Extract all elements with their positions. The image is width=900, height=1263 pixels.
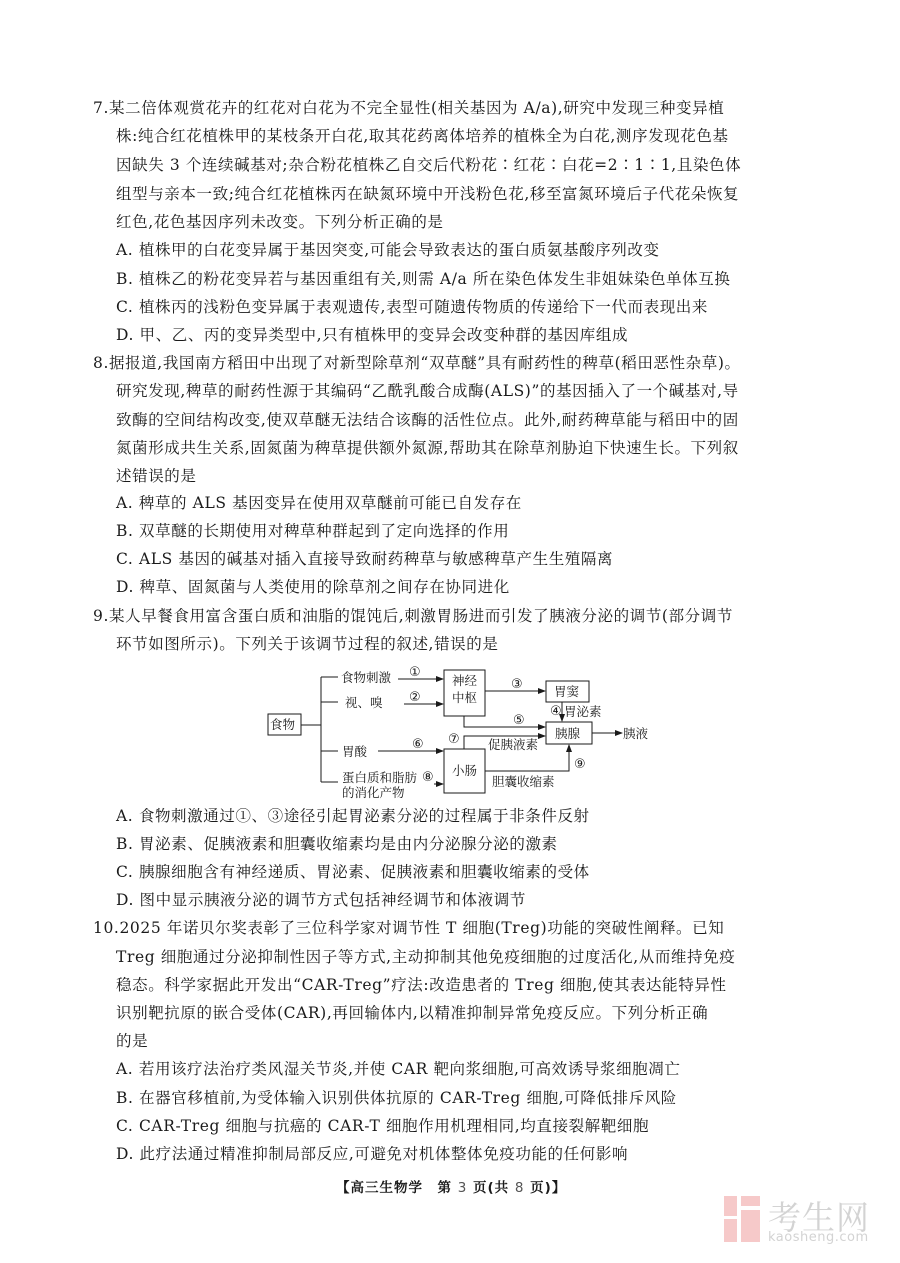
question-stem-line: Treg 细胞通过分泌抑制性因子等方式,主动抑制其他免疫细胞的过度活化,从而维持… [116,947,735,967]
option-b: B. 植株乙的粉花变异若与基因重组有关,则需 A/a 所在染色体发生非姐妹染色单… [116,269,730,289]
option-b: B. 在器官移植前,为受体输入识别供体抗原的 CAR-Treg 细胞,可降低排斥… [116,1088,677,1108]
node-nerve-center-line1: 神经 [452,673,477,688]
node-antrum: 胃窦 [554,684,579,699]
hormone-secretin: 促胰液素 [488,737,538,752]
question-number: 9. [93,607,109,625]
question-stem-line: 稳态。科学家据此开发出“CAR-Treg”疗法:改造患者的 Treg 细胞,使其… [116,975,727,995]
input-sight-smell: 视、嗅 [345,695,383,710]
watermark: 考生网 kaosheng.com [724,1196,894,1256]
question-stem-line: 2025 年诺贝尔奖表彰了三位科学家对调节性 T 细胞(Treg)功能的突破性阐… [119,919,724,937]
option-b: B. 双草醚的长期使用对稗草种群起到了定向选择的作用 [116,521,509,541]
question-stem-line: 因缺失 3 个连续碱基对;杂合粉花植株乙自交后代粉花∶红花∶白花=2∶1∶1,且… [116,155,741,175]
question-stem-line: 致酶的空间结构改变,使双草醚无法结合该酶的活性位点。此外,耐药稗草能与稻田中的固 [116,410,739,430]
pathway-5: ⑤ [513,713,525,728]
pathway-6: ⑥ [412,737,424,752]
question-number: 10. [93,919,119,937]
pathway-2: ② [409,690,421,705]
option-b: B. 胃泌素、促胰液素和胆囊收缩素均是由内分泌腺分泌的激素 [116,834,558,854]
node-pancreas: 胰腺 [555,726,580,741]
question-stem-line: 组型与亲本一致;纯合红花植株丙在缺氮环境中开浅粉色花,移至富氮环境后子代花朵恢复 [116,184,739,204]
question-stem-line: 氮菌形成共生关系,固氮菌为稗草提供额外氮源,帮助其在除草剂胁迫下快速生长。下列叙 [116,438,739,458]
question-stem-line: 识别靶抗原的嵌合受体(CAR),再回输体内,以精准抑制异常免疫反应。下列分析正确 [116,1003,708,1023]
question-stem-line: 某人早餐食用富含蛋白质和油脂的馄饨后,刺激胃肠进而引发了胰液分泌的调节(部分调节 [109,607,733,625]
input-food-stimulus: 食物刺激 [341,670,391,685]
option-a: A. 稗草的 ALS 基因变异在使用双草醚前可能已自发存在 [116,493,522,513]
pathway-1: ① [409,665,421,680]
option-c: C. 植株丙的浅粉色变异属于表观遗传,表型可随遗传物质的传递给下一代而表现出来 [116,297,708,317]
hormone-gastrin: 胃泌素 [564,704,602,719]
page-footer: 【高三生物学 第 3 页(共 8 页)】 [336,1176,566,1196]
kaosheng-logo-icon [724,1196,760,1242]
option-a: A. 植株甲的白花变异属于基因突变,可能会导致表达的蛋白质氨基酸序列改变 [116,240,660,260]
option-d: D. 此疗法通过精准抑制局部反应,可避免对机体整体免疫功能的任何影响 [116,1144,628,1164]
question-number: 8. [93,354,109,372]
node-nerve-center-line2: 中枢 [452,690,477,705]
question-stem-line: 环节如图所示)。下列关于该调节过程的叙述,错误的是 [116,634,498,654]
question-stem-line: 研究发现,稗草的耐药性源于其编码“乙酰乳酸合成酶(ALS)”的基因插入了一个碱基… [116,381,739,401]
question-stem-line: 红色,花色基因序列未改变。下列分析正确的是 [116,212,444,232]
question-stem-line: 株:纯合红花植株甲的某枝条开白花,取其花药离体培养的植株全为白花,测序发现花色基 [116,126,729,146]
question-stem-line: 某二倍体观赏花卉的红花对白花为不完全显性(相关基因为 A/a),研究中发现三种变… [109,99,724,117]
pathway-9: ⑨ [574,757,586,772]
question-stem-line: 据报道,我国南方稻田中出现了对新型除草剂“双草醚”具有耐药性的稗草(稻田恶性杂草… [109,354,741,372]
pathway-4: ④ [550,704,562,719]
question-stem-line: 述错误的是 [116,466,197,486]
option-c: C. ALS 基因的碱基对插入直接导致耐药稗草与敏感稗草产生生殖隔离 [116,549,613,569]
pancreatic-secretion-diagram: 食物 神经 中枢 胃窦 胰腺 小肠 胰液 食物刺激 视、嗅 胃酸 蛋白质和脂肪 … [266,664,666,800]
option-d: D. 甲、乙、丙的变异类型中,只有植株甲的变异会改变种群的基因库组成 [116,325,628,345]
question-stem-line: 的是 [116,1031,148,1051]
watermark-url: kaosheng.com [768,1230,869,1245]
node-food: 食物 [270,717,295,732]
option-a: A. 食物刺激通过①、③途径引起胃泌素分泌的过程属于非条件反射 [116,806,590,826]
option-c: C. 胰腺细胞含有神经递质、胃泌素、促胰液素和胆囊收缩素的受体 [116,862,590,882]
hormone-cck: 胆囊收缩素 [492,774,555,789]
pathway-3: ③ [511,677,523,692]
page-number: 3 [458,1180,468,1196]
option-d: D. 图中显示胰液分泌的调节方式包括神经调节和体液调节 [116,890,526,910]
input-digest-products-line2: 的消化产物 [342,785,405,800]
pathway-7: ⑦ [448,732,460,747]
input-digest-products-line1: 蛋白质和脂肪 [342,770,417,785]
option-d: D. 稗草、固氮菌与人类使用的除草剂之间存在协同进化 [116,577,510,597]
question-number: 7. [93,99,109,117]
exam-page: 7.某二倍体观赏花卉的红花对白花为不完全显性(相关基因为 A/a),研究中发现三… [0,0,900,1263]
input-gastric-acid: 胃酸 [342,744,367,759]
node-output-pancreatic-juice: 胰液 [623,726,648,741]
option-a: A. 若用该疗法治疗类风湿关节炎,并使 CAR 靶向浆细胞,可高效诱导浆细胞凋亡 [116,1059,680,1079]
node-small-intestine: 小肠 [452,763,477,778]
option-c: C. CAR-Treg 细胞与抗癌的 CAR-T 细胞作用机理相同,均直接裂解靶… [116,1116,649,1136]
pathway-8: ⑧ [422,770,434,785]
